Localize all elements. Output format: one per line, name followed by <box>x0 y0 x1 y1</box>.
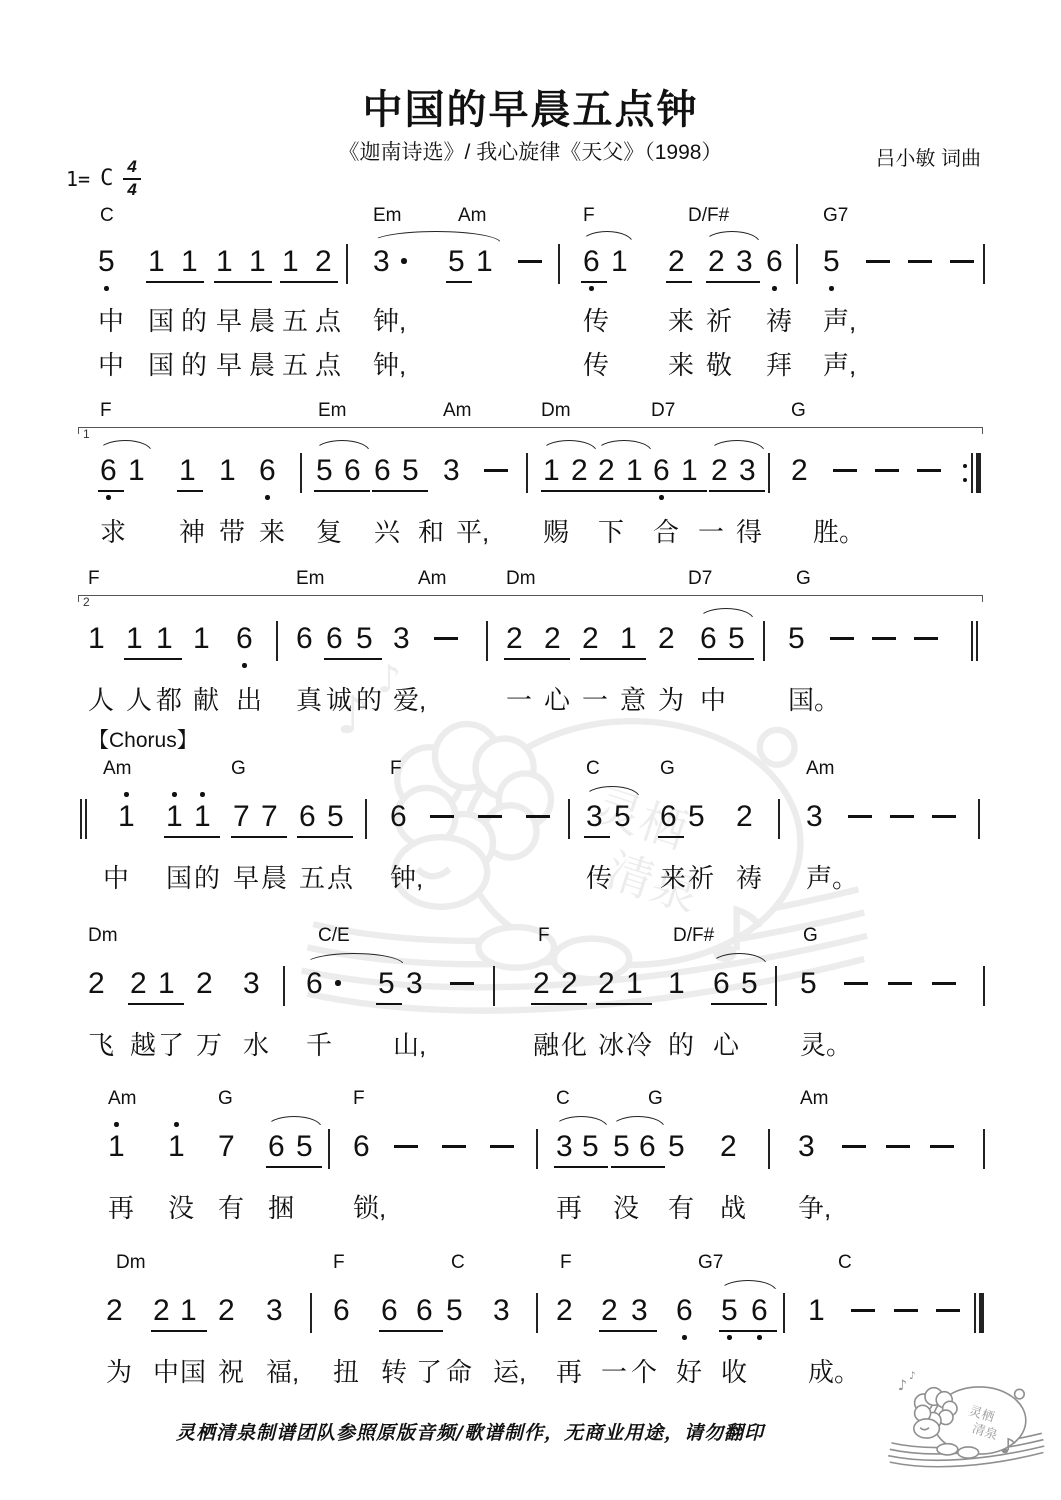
slur-arc <box>581 231 633 243</box>
barline <box>983 244 985 284</box>
notes-row: 22123666532236561 <box>78 1294 986 1346</box>
lyric-syllable: 人 <box>126 680 152 717</box>
lyric-syllable: 运, <box>493 1352 526 1389</box>
duration-dash <box>875 469 899 472</box>
duration-dash <box>844 982 868 985</box>
eighth-beam <box>280 281 338 283</box>
note-number: 5 <box>582 1130 599 1164</box>
chord-label: G <box>218 1088 233 1110</box>
eighth-beam <box>554 1166 608 1168</box>
duration-dash <box>526 815 550 818</box>
note-number: 2 <box>791 454 808 488</box>
barline <box>768 453 770 493</box>
note-number: 2 <box>708 245 725 279</box>
eighth-beam <box>372 490 428 492</box>
note-number: 2 <box>196 967 213 1001</box>
lyric-syllable: 敬 <box>706 345 732 382</box>
duration-dash <box>434 637 458 640</box>
eighth-beam <box>504 658 570 660</box>
note-number: 1 <box>620 622 637 656</box>
octave-dot-below <box>757 1335 762 1340</box>
chord-label: Em <box>318 400 347 422</box>
eighth-beam <box>599 1330 657 1332</box>
note-number: 1 <box>626 454 643 488</box>
chord-label: G7 <box>823 205 848 227</box>
lyric-syllable: 融 <box>533 1025 559 1062</box>
music-system-5: DmC/EFD/F#G2212365322211655飞越了万水千山,融化冰冷的… <box>78 925 986 1085</box>
lyric-syllable: 有 <box>668 1188 694 1225</box>
eighth-beam <box>124 658 182 660</box>
note-number: 1 <box>108 1130 125 1164</box>
chord-label: C <box>838 1252 852 1274</box>
sheet-music-page: { "page": { "bg":"#ffffff", "ink":"#1111… <box>0 0 1061 1500</box>
lyric-syllable: 山, <box>393 1025 426 1062</box>
lyric-syllable: 胜。 <box>813 512 865 549</box>
lyric-syllable: 平, <box>456 512 489 549</box>
eighth-beam <box>146 281 204 283</box>
barline <box>526 453 528 493</box>
note-number: 2 <box>601 1294 618 1328</box>
lyric-syllable: 晨 <box>261 858 287 895</box>
note-number: 1 <box>128 454 145 488</box>
eighth-beam <box>151 1330 207 1332</box>
eighth-beam <box>231 836 287 838</box>
note-number: 5 <box>316 454 333 488</box>
octave-dot-below <box>265 495 270 500</box>
lyric-syllable: 声, <box>823 301 856 338</box>
score-area: CEmAmFD/F#G751111123516122365中国的早晨五点钟,传来… <box>78 0 986 1500</box>
note-number: 5 <box>448 245 465 279</box>
note-number: 6 <box>653 454 670 488</box>
duration-dash <box>490 1145 514 1148</box>
note-number: 2 <box>561 967 578 1001</box>
note-number: 3 <box>373 245 390 279</box>
duration-dash <box>932 815 956 818</box>
barline-double <box>80 799 82 839</box>
lyric-syllable: 收 <box>721 1352 747 1389</box>
chord-label: G <box>660 758 675 780</box>
chord-label: Em <box>296 568 325 590</box>
lyric-syllable: 命 <box>446 1352 472 1389</box>
lyric-syllable: 都 <box>156 680 182 717</box>
chord-label: G <box>803 925 818 947</box>
eighth-beam <box>376 1003 402 1005</box>
eighth-beam <box>297 836 353 838</box>
octave-dot-below <box>829 286 834 291</box>
note-number: 7 <box>218 1130 235 1164</box>
octave-dot-above <box>114 1122 119 1127</box>
eighth-beam <box>98 490 124 492</box>
lyric-syllable: 的 <box>356 680 382 717</box>
eighth-beam <box>541 490 597 492</box>
barline-repeat-thick <box>976 453 981 493</box>
lyric-syllable: 锁, <box>353 1188 386 1225</box>
note-number: 1 <box>168 1130 185 1164</box>
note-number: 2 <box>658 622 675 656</box>
lyric-syllable: 传 <box>586 858 612 895</box>
note-number: 6 <box>390 800 407 834</box>
slur-arc <box>611 1116 665 1128</box>
lyric-syllable: 的 <box>181 301 207 338</box>
duration-dash <box>848 815 872 818</box>
note-number: 5 <box>613 1130 630 1164</box>
lyric-syllable: 冷 <box>626 1025 652 1062</box>
duration-dash <box>914 637 938 640</box>
lyric-syllable: 早 <box>233 858 259 895</box>
lyric-syllable: 献 <box>193 680 219 717</box>
barline <box>796 244 798 284</box>
lyric-syllable: 冰 <box>598 1025 624 1062</box>
barline-final-thick <box>979 1293 984 1333</box>
notes-row: 1176563556523 <box>78 1130 986 1182</box>
note-number: 6 <box>296 622 313 656</box>
lyric-syllable: 成。 <box>808 1352 860 1389</box>
lyric-syllable: 中 <box>103 858 129 895</box>
octave-dot-below <box>682 1335 687 1340</box>
octave-dot-below <box>589 286 594 291</box>
lyric-syllable: 福, <box>266 1352 299 1389</box>
barline <box>568 799 570 839</box>
duration-dash <box>450 982 474 985</box>
lyric-syllable: 一 <box>698 512 724 549</box>
chord-label: F <box>390 758 402 780</box>
slur-arc <box>554 1116 608 1128</box>
barline-repeat-thin <box>971 453 973 493</box>
note-number: 6 <box>381 1294 398 1328</box>
music-system-2: FEmAmDmD7G16111656653122161232求神带来复兴和平,赐… <box>78 400 986 560</box>
chord-label: G7 <box>698 1252 723 1274</box>
duration-dash <box>851 1309 875 1312</box>
lyric-syllable: 来 <box>668 345 694 382</box>
note-number: 1 <box>118 800 135 834</box>
lyric-syllable: 战 <box>720 1188 746 1225</box>
duration-dash <box>950 260 974 263</box>
duration-dash <box>872 637 896 640</box>
chord-label: Em <box>373 205 402 227</box>
note-number: 6 <box>766 245 783 279</box>
note-number: 1 <box>249 245 266 279</box>
notes-row: 6111656653122161232 <box>78 454 986 506</box>
note-number: 6 <box>259 454 276 488</box>
lyric-syllable: 为 <box>106 1352 132 1389</box>
barline <box>783 1293 785 1333</box>
chord-label: Am <box>108 1088 137 1110</box>
duration-dash <box>394 1145 418 1148</box>
eighth-beam <box>711 1003 767 1005</box>
eighth-beam <box>709 490 765 492</box>
note-number: 5 <box>402 454 419 488</box>
duration-dash <box>478 815 502 818</box>
duration-dash <box>888 982 912 985</box>
lyric-syllable: 早 <box>216 345 242 382</box>
note-number: 1 <box>808 1294 825 1328</box>
eighth-beam <box>531 1003 587 1005</box>
note-number: 5 <box>823 245 840 279</box>
duration-dash <box>830 637 854 640</box>
barline <box>276 621 278 661</box>
lyric-syllable: 争, <box>798 1188 831 1225</box>
note-number: 1 <box>611 245 628 279</box>
note-number: 1 <box>180 1294 197 1328</box>
lyric-syllable: 来 <box>259 512 285 549</box>
barline <box>763 621 765 661</box>
barline <box>536 1129 538 1169</box>
duration-dash <box>518 260 542 263</box>
note-number: 6 <box>299 800 316 834</box>
duration-dash <box>886 1145 910 1148</box>
chord-label: Dm <box>506 568 536 590</box>
lyric-syllable: 再 <box>556 1352 582 1389</box>
lyric-syllable: 个 <box>631 1352 657 1389</box>
octave-dot-above <box>172 792 177 797</box>
lyric-syllable: 的 <box>181 345 207 382</box>
note-number: 5 <box>728 622 745 656</box>
note-number: 6 <box>374 454 391 488</box>
lyric-syllable: 祈 <box>688 858 714 895</box>
chord-label: Dm <box>88 925 118 947</box>
note-number: 1 <box>179 454 196 488</box>
chord-label: D7 <box>651 400 675 422</box>
note-number: 2 <box>556 1294 573 1328</box>
note-number: 6 <box>700 622 717 656</box>
lyric-syllable: 扭 <box>333 1352 359 1389</box>
eighth-beam <box>164 836 220 838</box>
slur-arc <box>596 440 652 452</box>
lyric-syllable: 晨 <box>249 345 275 382</box>
barline <box>558 244 560 284</box>
volta-bracket: 1 <box>78 427 983 434</box>
note-number: 5 <box>446 1294 463 1328</box>
note-number: 6 <box>236 622 253 656</box>
octave-dot-below <box>727 1335 732 1340</box>
augmentation-dot <box>335 980 341 986</box>
octave-dot-above <box>174 1122 179 1127</box>
lyric-syllable: 千 <box>306 1025 332 1062</box>
note-number: 5 <box>741 967 758 1001</box>
note-number: 1 <box>681 454 698 488</box>
eighth-beam <box>611 1166 665 1168</box>
note-number: 2 <box>598 454 615 488</box>
lyric-syllable: 中 <box>700 680 726 717</box>
note-number: 6 <box>676 1294 693 1328</box>
note-number: 6 <box>583 245 600 279</box>
note-number: 2 <box>598 967 615 1001</box>
eighth-beam <box>658 836 684 838</box>
music-system-3: FEmAmDmD7G211116665322212655人人都献出真诚的爱,一心… <box>78 568 986 728</box>
chord-label: Am <box>103 758 132 780</box>
note-number: 7 <box>261 800 278 834</box>
note-number: 1 <box>193 622 210 656</box>
note-number: 2 <box>88 967 105 1001</box>
eighth-beam <box>581 281 607 283</box>
eighth-beam <box>266 1166 322 1168</box>
note-number: 1 <box>166 800 183 834</box>
barline <box>283 966 285 1006</box>
eighth-beam <box>666 281 692 283</box>
lyric-syllable: 再 <box>556 1188 582 1225</box>
note-number: 2 <box>315 245 332 279</box>
lyric-syllable: 国。 <box>788 680 840 717</box>
note-number: 2 <box>533 967 550 1001</box>
notes-row: 11177656356523 <box>78 800 986 852</box>
note-number: 5 <box>668 1130 685 1164</box>
lyric-syllable: 化 <box>561 1025 587 1062</box>
note-number: 5 <box>788 622 805 656</box>
note-number: 5 <box>721 1294 738 1328</box>
note-number: 1 <box>543 454 560 488</box>
note-number: 3 <box>806 800 823 834</box>
octave-dot-below <box>772 286 777 291</box>
barline-double <box>976 621 978 661</box>
chord-label: G <box>231 758 246 780</box>
slur-arc <box>698 608 754 620</box>
lyric-syllable: 来 <box>660 858 686 895</box>
note-number: 1 <box>626 967 643 1001</box>
lyric-syllable: 万 <box>196 1025 222 1062</box>
lyric-syllable: 出 <box>236 680 262 717</box>
barline <box>778 799 780 839</box>
note-number: 5 <box>356 622 373 656</box>
note-number: 6 <box>416 1294 433 1328</box>
lyric-syllable: 早 <box>216 301 242 338</box>
eighth-beam <box>584 836 610 838</box>
lyric-syllable: 祝 <box>218 1352 244 1389</box>
lyric-syllable: 传 <box>583 301 609 338</box>
lyric-syllable: 真 <box>296 680 322 717</box>
lyric-syllable: 钟, <box>390 858 423 895</box>
chord-label: C/E <box>318 925 350 947</box>
note-number: 3 <box>493 1294 510 1328</box>
barline <box>346 244 348 284</box>
slur-arc <box>704 231 760 243</box>
lyric-syllable: 神 <box>179 512 205 549</box>
duration-dash <box>936 1309 960 1312</box>
duration-dash <box>842 1145 866 1148</box>
lyric-syllable: 的 <box>194 858 220 895</box>
note-number: 5 <box>688 800 705 834</box>
note-number: 3 <box>739 454 756 488</box>
chord-label: F <box>583 205 595 227</box>
slur-arc <box>711 953 767 965</box>
duration-dash <box>442 1145 466 1148</box>
slur-arc <box>584 786 640 798</box>
note-number: 3 <box>266 1294 283 1328</box>
note-number: 3 <box>393 622 410 656</box>
note-number: 2 <box>106 1294 123 1328</box>
barline-final-thin <box>974 1293 976 1333</box>
note-number: 3 <box>243 967 260 1001</box>
lyric-syllable: 灵。 <box>800 1025 852 1062</box>
slur-arc <box>98 440 152 452</box>
eighth-beam <box>719 1330 777 1332</box>
slur-arc <box>541 440 597 452</box>
note-number: 1 <box>88 622 105 656</box>
chord-label: C <box>100 205 114 227</box>
lyric-syllable: 心 <box>544 680 570 717</box>
barline-double <box>85 799 87 839</box>
lyric-syllable: 的 <box>668 1025 694 1062</box>
note-number: 7 <box>233 800 250 834</box>
eighth-beam <box>177 490 203 492</box>
octave-dot-below <box>104 286 109 291</box>
note-number: 1 <box>216 245 233 279</box>
volta-bracket: 2 <box>78 595 983 602</box>
duration-dash <box>932 982 956 985</box>
notes-row: 11116665322212655 <box>78 622 986 674</box>
note-number: 1 <box>148 245 165 279</box>
note-number: 1 <box>156 622 173 656</box>
note-number: 2 <box>544 622 561 656</box>
volta-number: 1 <box>83 427 90 441</box>
lyric-syllable: 带 <box>219 512 245 549</box>
note-number: 1 <box>181 245 198 279</box>
lyric-syllable: 水 <box>243 1025 269 1062</box>
note-number: 3 <box>798 1130 815 1164</box>
note-number: 6 <box>333 1294 350 1328</box>
note-number: 2 <box>668 245 685 279</box>
repeat-dot <box>963 464 967 468</box>
eighth-beam <box>324 658 382 660</box>
octave-dot-above <box>124 792 129 797</box>
barline <box>486 621 488 661</box>
note-number: 1 <box>668 967 685 1001</box>
lyric-syllable: 声。 <box>806 858 858 895</box>
eighth-beam <box>698 658 754 660</box>
note-number: 5 <box>800 967 817 1001</box>
duration-dash <box>908 260 932 263</box>
eighth-beam <box>314 490 370 492</box>
note-number: 1 <box>282 245 299 279</box>
slur-arc <box>719 1280 777 1292</box>
eighth-beam <box>446 281 472 283</box>
chord-label: D7 <box>688 568 712 590</box>
lyric-syllable: 钟, <box>373 301 406 338</box>
note-number: 6 <box>344 454 361 488</box>
lyric-syllable: 五 <box>282 301 308 338</box>
note-number: 6 <box>326 622 343 656</box>
lyric-syllable: 了 <box>416 1352 442 1389</box>
note-number: 6 <box>639 1130 656 1164</box>
eighth-beam <box>651 490 707 492</box>
chord-label: Am <box>443 400 472 422</box>
lyric-syllable: 有 <box>218 1188 244 1225</box>
barline-double <box>971 621 973 661</box>
lyric-syllable: 捆 <box>268 1188 294 1225</box>
note-number: 5 <box>296 1130 313 1164</box>
lyric-syllable: 中 <box>98 345 124 382</box>
lyric-syllable: 国 <box>148 301 174 338</box>
chord-label: Am <box>806 758 835 780</box>
note-number: 3 <box>443 454 460 488</box>
chord-label: Dm <box>116 1252 146 1274</box>
note-number: 6 <box>353 1130 370 1164</box>
note-number: 2 <box>720 1130 737 1164</box>
barline <box>775 966 777 1006</box>
slur-arc <box>371 231 501 243</box>
note-number: 6 <box>100 454 117 488</box>
note-number: 1 <box>126 622 143 656</box>
music-system-1: CEmAmFD/F#G751111123516122365中国的早晨五点钟,传来… <box>78 205 986 365</box>
note-number: 2 <box>153 1294 170 1328</box>
note-number: 5 <box>98 245 115 279</box>
note-number: 5 <box>378 967 395 1001</box>
octave-dot-below <box>659 495 664 500</box>
note-number: 2 <box>218 1294 235 1328</box>
lyric-syllable: 心 <box>713 1025 739 1062</box>
note-number: 1 <box>194 800 211 834</box>
note-number: 2 <box>506 622 523 656</box>
duration-dash <box>430 815 454 818</box>
